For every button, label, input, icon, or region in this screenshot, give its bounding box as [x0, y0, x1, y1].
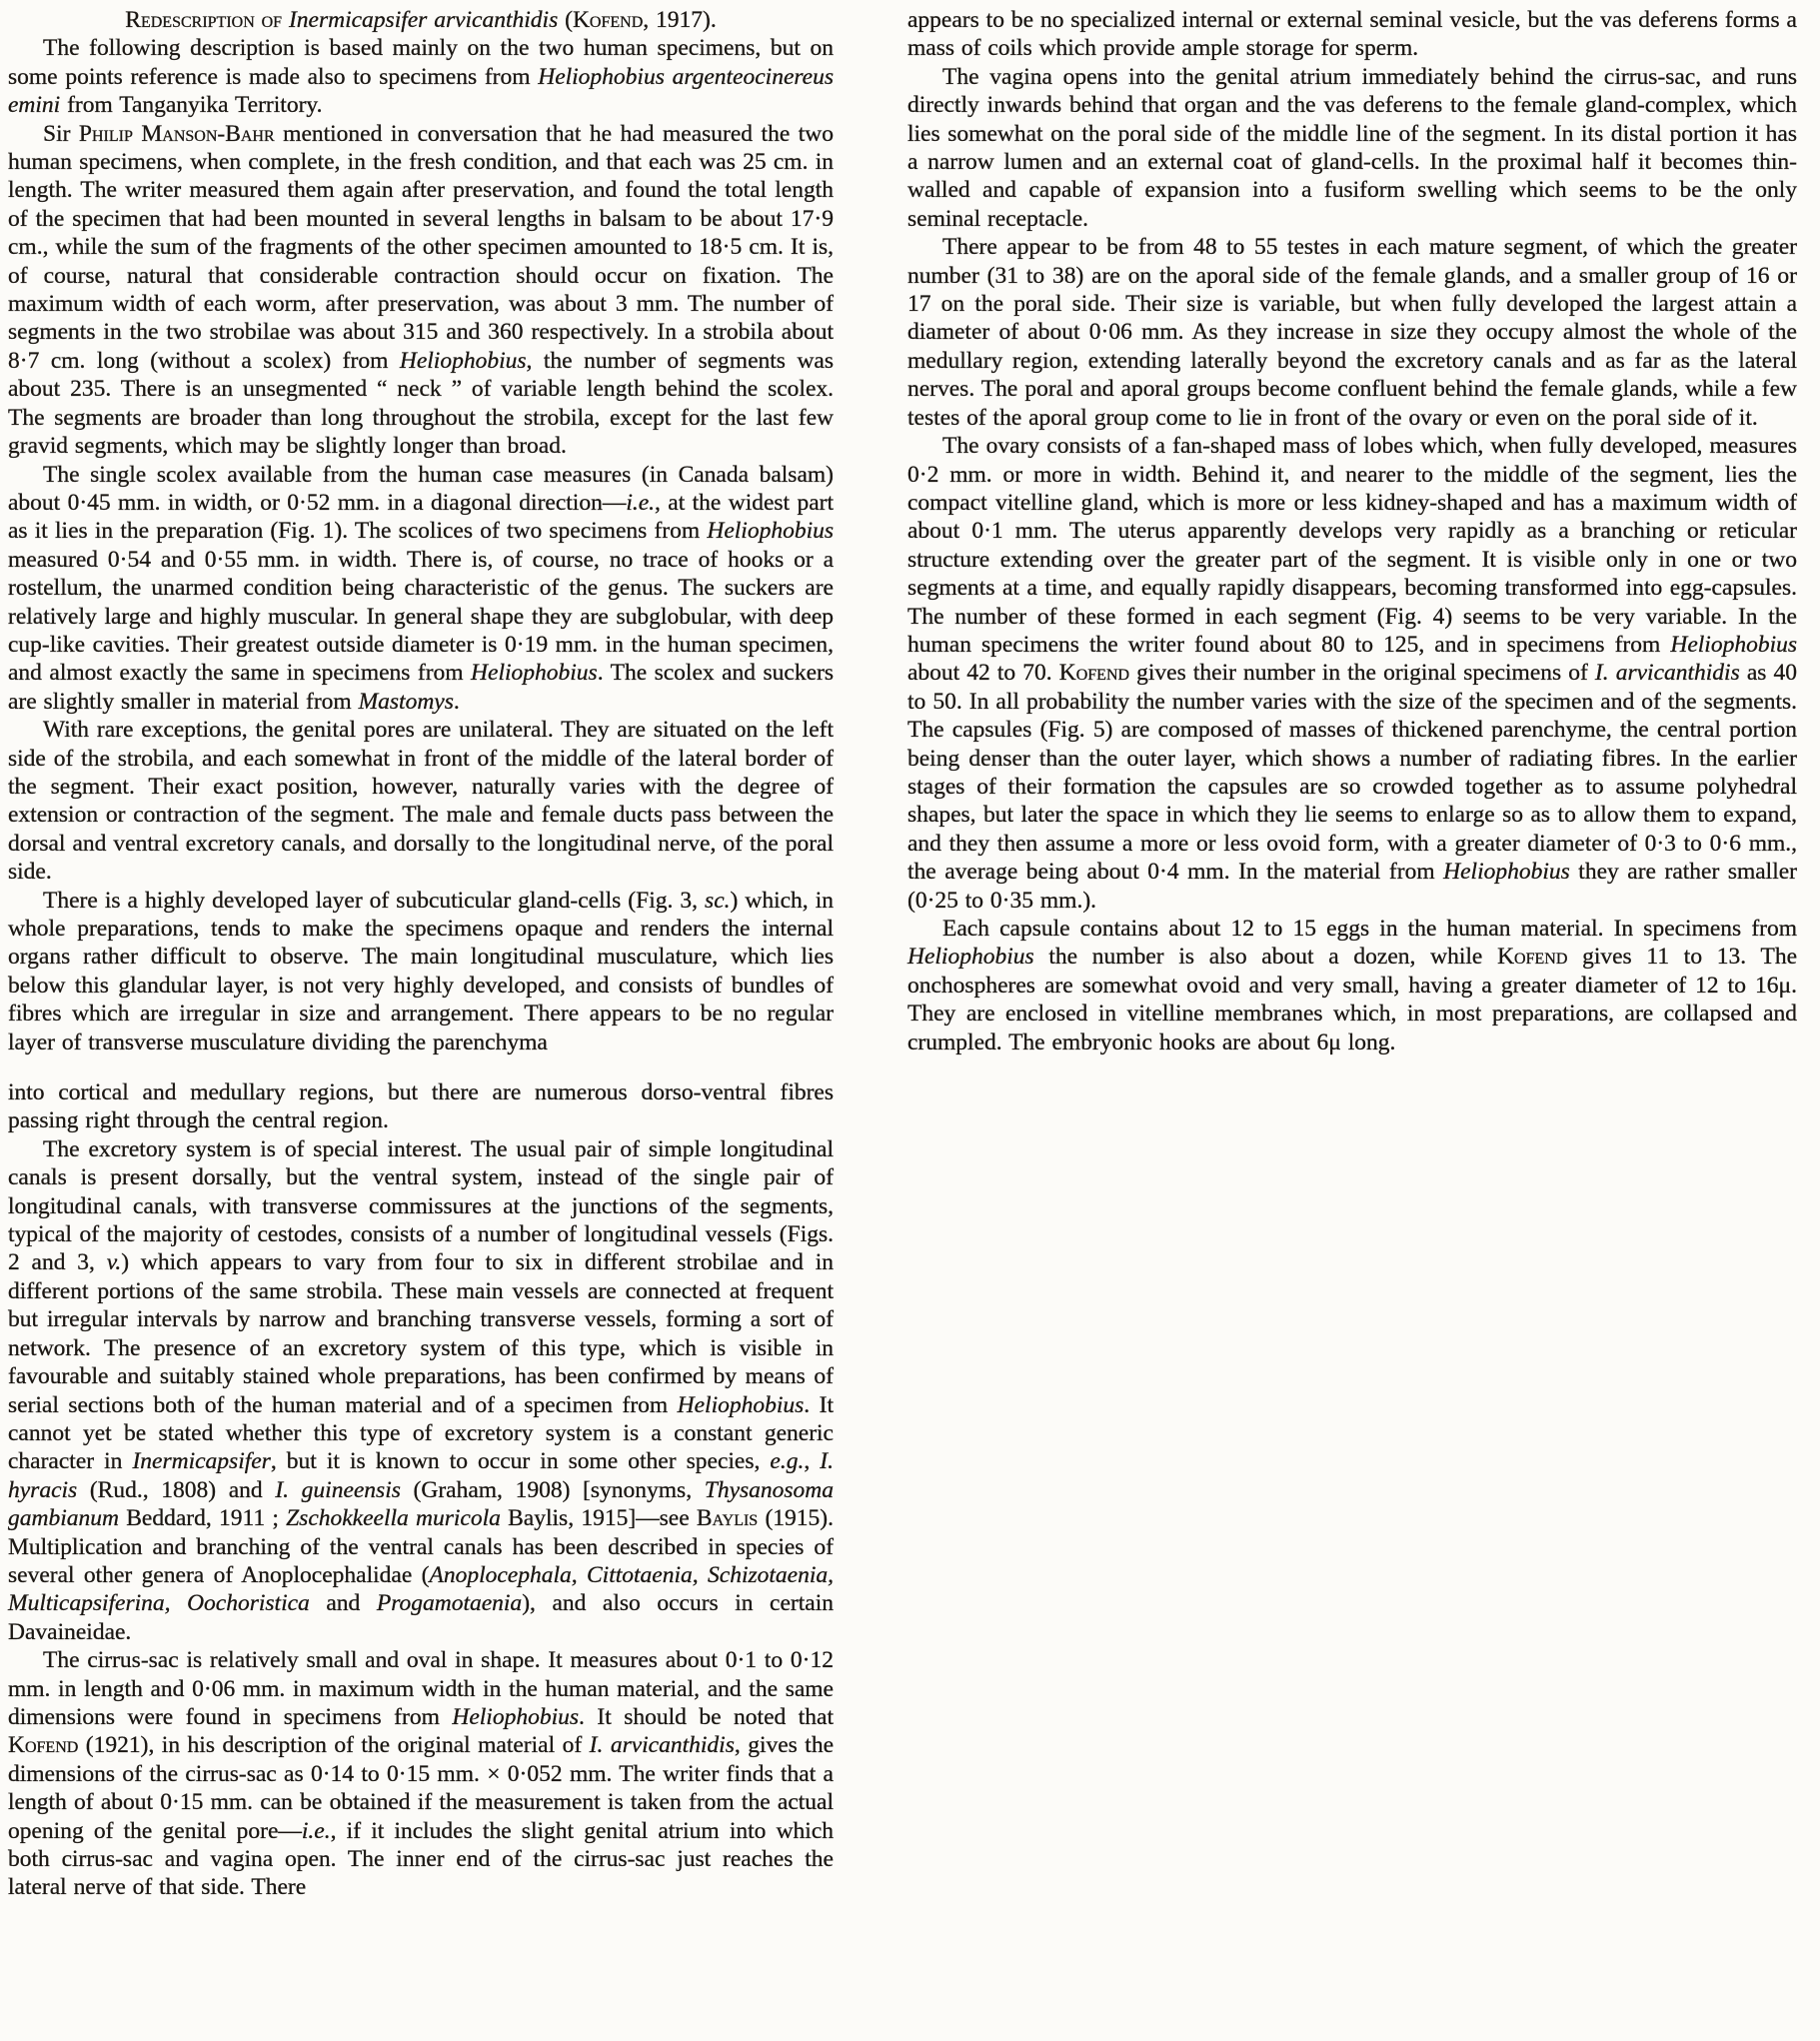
left-column: Redescription of Inermicapsifer arvicant… [8, 6, 834, 1902]
paragraph: Each capsule contains about 12 to 15 egg… [908, 915, 1797, 1056]
paragraph: The ovary consists of a fan-shaped mass … [908, 432, 1797, 915]
article-heading: Redescription of Inermicapsifer arvicant… [8, 6, 834, 34]
paragraph: The single scolex available from the hum… [8, 461, 834, 717]
page: Redescription of Inermicapsifer arvicant… [0, 0, 1820, 2041]
paragraph: The following description is based mainl… [8, 34, 834, 119]
paragraph-continuation: appears to be no specialized internal or… [908, 6, 1797, 63]
right-column: appears to be no specialized internal or… [908, 6, 1797, 1056]
paragraph: There is a highly developed layer of sub… [8, 887, 834, 1056]
paragraph: The cirrus-sac is relatively small and o… [8, 1646, 834, 1902]
paragraph: There appear to be from 48 to 55 testes … [908, 233, 1797, 432]
paragraph-continuation: into cortical and medullary regions, but… [8, 1078, 834, 1135]
paragraph: The excretory system is of special inter… [8, 1135, 834, 1646]
paragraph: With rare exceptions, the genital pores … [8, 716, 834, 886]
paragraph: Sir Philip Manson-Bahr mentioned in conv… [8, 120, 834, 461]
paragraph: The vagina opens into the genital atrium… [908, 63, 1797, 233]
